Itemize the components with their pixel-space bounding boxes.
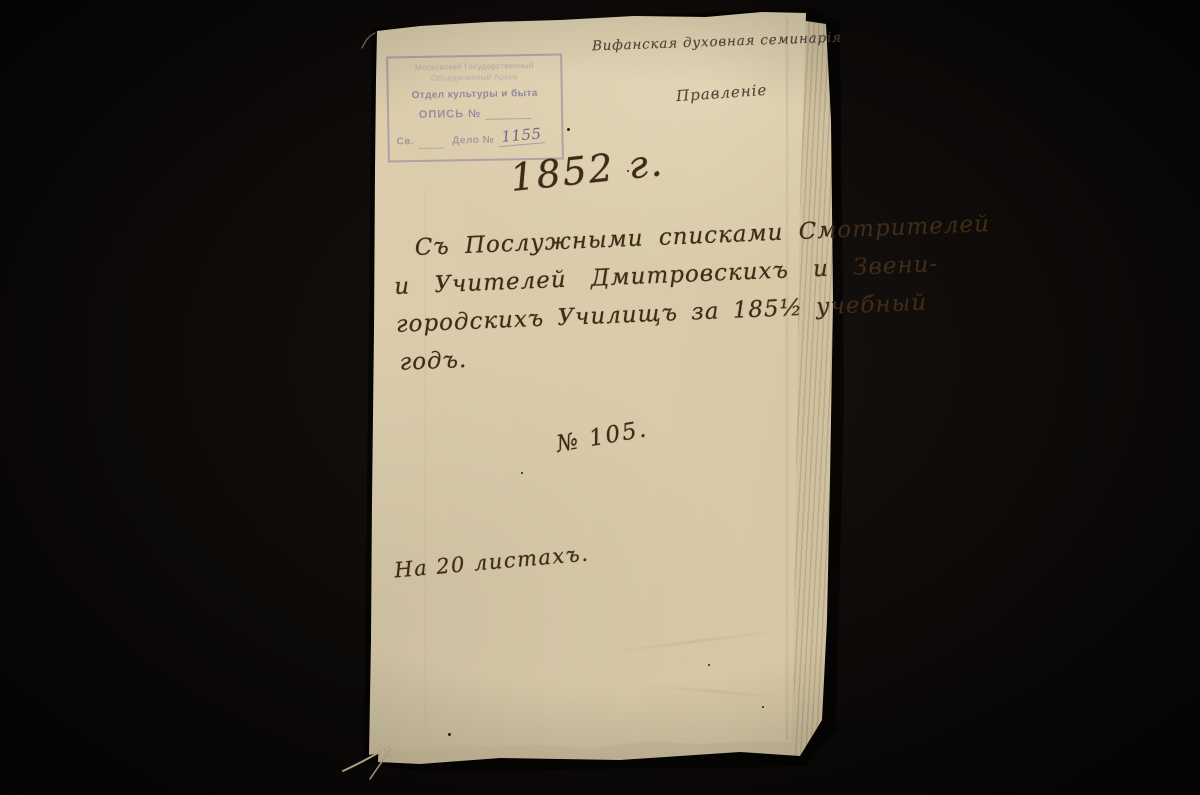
paper-crease <box>640 683 790 699</box>
ink-speck <box>762 706 764 708</box>
archive-stamp: Московский Государственный Объединенный … <box>386 53 564 162</box>
document-cover-sheet <box>0 0 1200 795</box>
archival-photo: Московский Государственный Объединенный … <box>0 0 1200 795</box>
stamp-sv-blank-line <box>418 140 444 149</box>
paper-crease <box>601 628 790 654</box>
stamp-sv-label: Св. <box>396 136 414 147</box>
stamp-delo-number: 1155 <box>497 124 545 147</box>
ink-speck <box>567 128 570 131</box>
manuscript-title: Съ Послужными списками Смотрителей и Учи… <box>392 212 838 382</box>
stamp-delo-row: Св.Дело №1155 <box>392 128 558 150</box>
stamp-opis-label: ОПИСЬ № <box>419 108 482 121</box>
ink-speck <box>708 664 710 666</box>
stamp-opis-blank-line <box>485 109 531 120</box>
ink-speck <box>448 733 451 736</box>
stamp-org-line1: Московский Государственный <box>391 61 557 73</box>
stamp-org-line2: Объединенный Архив <box>391 72 557 84</box>
stamp-delo-label: Дело № <box>452 135 494 147</box>
stamp-department-line: Отдел культуры и быта <box>392 88 558 102</box>
ink-speck <box>521 472 523 474</box>
stamp-opis-row: ОПИСЬ № <box>392 107 558 122</box>
